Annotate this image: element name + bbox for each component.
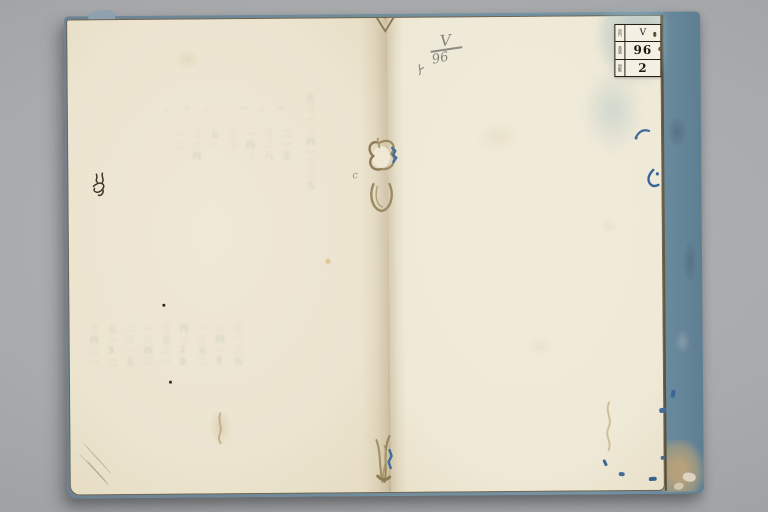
pale-thread-curl [600,400,618,452]
fold-notch [373,15,399,35]
label-field-name: 番號 [615,42,625,58]
notebook: V 96 c ‥ — ‥ ‥ — ‥ — 二一五三二八一四三二三一五一三二四一二… [64,12,704,499]
label-field-name: 部門 [615,25,625,41]
binding-thread-loop [366,180,398,218]
bleedthrough-row: ‥ — ‥ ‥ — ‥ — [165,103,291,113]
bleedthrough-column: 三二四 [190,129,200,203]
bleedthrough-column: 二三一 [226,129,236,203]
bleedthrough-column: 三五二一 [160,324,170,420]
ink-speck [162,304,165,307]
blue-paint-speck [619,472,625,477]
bleedthrough-column: 五一3二 [106,324,116,420]
bleedthrough-column: 三四二一 [88,324,98,420]
bleedthrough-column: 四二10 [178,324,188,420]
binding-thread-tuft [368,430,400,484]
ink-speck [169,381,172,384]
photo-background: { "classification_label": { "fields": [ … [0,0,768,512]
bleedthrough-lower-block: 三一二五二四一3一三五二四二10三五二一一二四三二三一五五一3二三四二一 [88,323,242,420]
pencil-letter-c: c [352,170,359,182]
ink-scribble [88,170,110,198]
bleedthrough-column: 一二 [172,130,182,204]
bleedthrough-column: 五一 [208,129,218,203]
tan-smudge [213,411,227,445]
label-row: 冊數 2 [615,60,660,76]
bleedthrough-fold-column: 五三一二四一三二五 [304,93,314,215]
bleedthrough-column: 一四三 [244,129,254,203]
bleedthrough-upper-block: 二一五三二八一四三二三一五一三二四一二 [172,129,290,204]
blue-paint-speck [661,456,665,460]
bleedthrough-column: 二四一3 [214,323,224,419]
label-field-name: 冊數 [615,60,625,76]
pencil-tick [416,64,426,76]
bleedthrough-column: 二一五 [280,129,290,203]
bleedthrough-column: 一三五二 [196,323,206,419]
label-number-value: 96 [625,42,660,58]
blue-ink-hook [644,168,660,190]
handwritten-fraction: V 96 [424,32,469,66]
bleedthrough-column: 二三一五 [124,324,134,420]
bleedthrough-column: 三一二五 [232,323,242,419]
blue-paint-speck [649,477,657,482]
label-row: 番號 96 [615,42,660,59]
brown-speck [653,32,656,37]
bleedthrough-column: 一二四三 [142,324,152,420]
binding-thread-knot [364,136,404,182]
label-volume-value: 2 [625,60,660,76]
open-pages: V 96 c ‥ — ‥ ‥ — ‥ — 二一五三二八一四三二三一五一三二四一二… [66,15,665,496]
left-page [67,18,389,494]
bleedthrough-column: 三二八 [262,129,272,203]
